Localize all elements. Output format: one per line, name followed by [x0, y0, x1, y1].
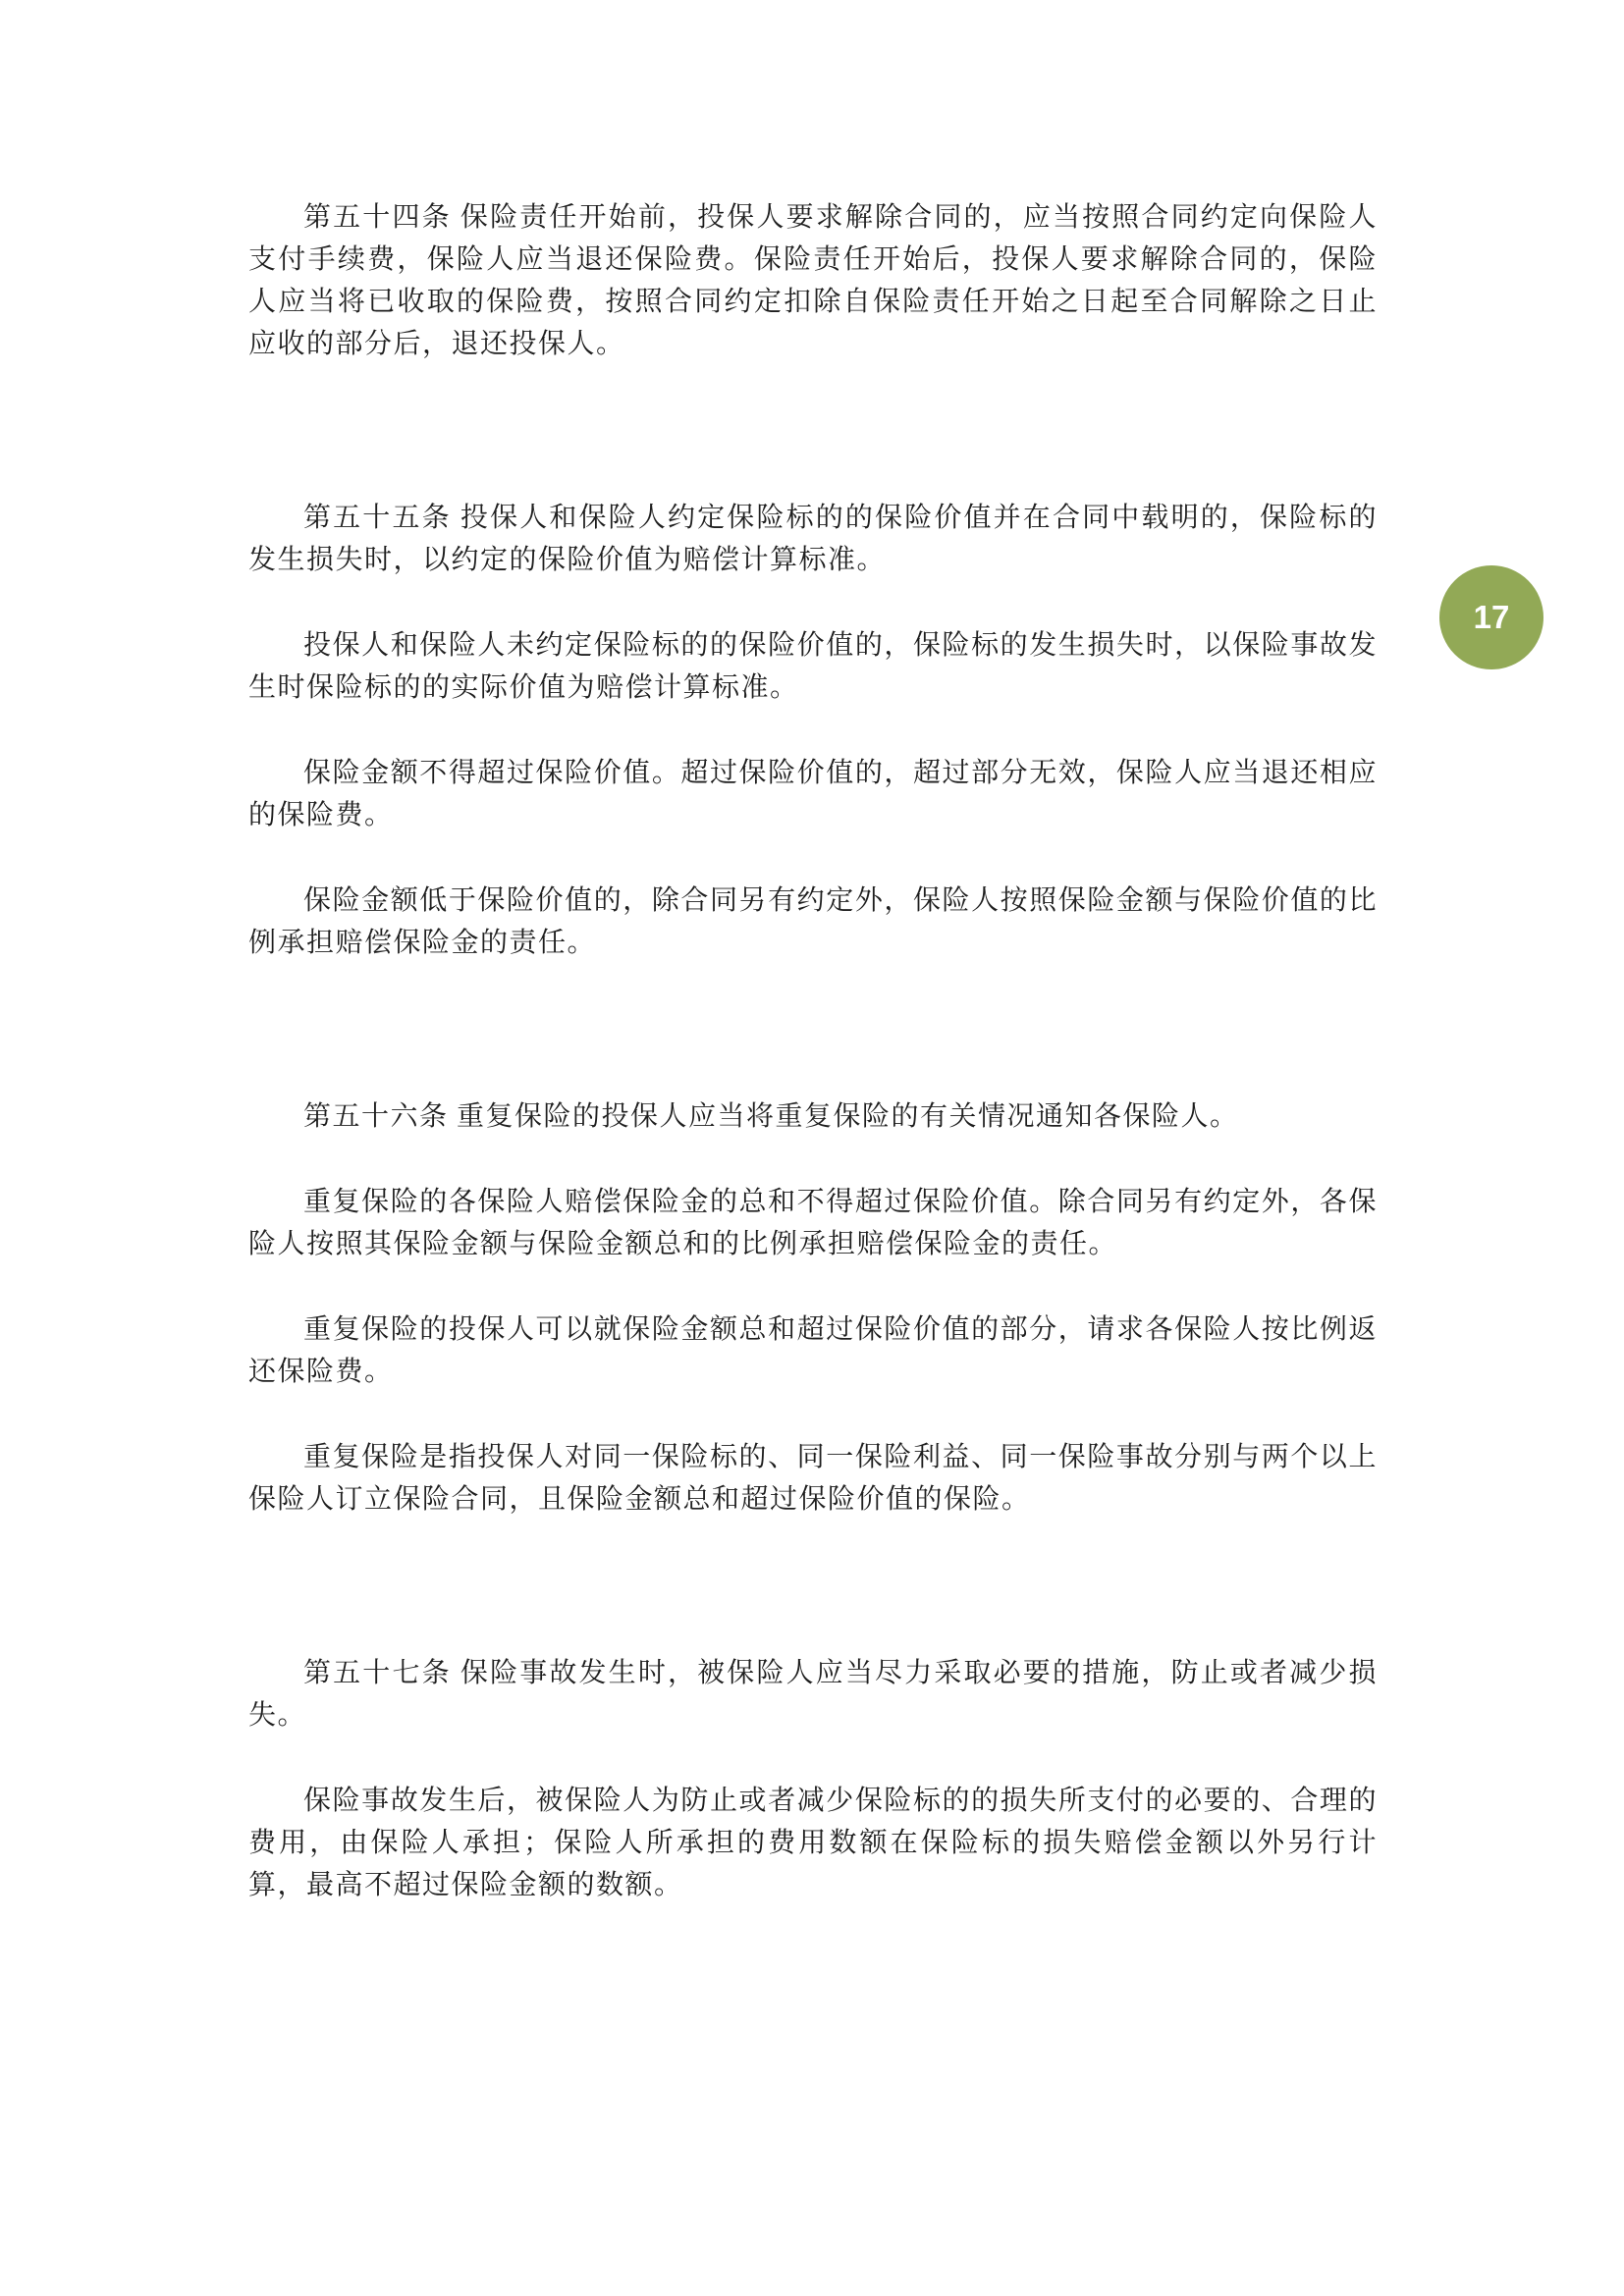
paragraph-article-55-2: 投保人和保险人未约定保险标的的保险价值的，保险标的发生损失时，以保险事故发生时保… [248, 624, 1378, 709]
paragraph-article-55-3: 保险金额不得超过保险价值。超过保险价值的，超过部分无效，保险人应当退还相应的保险… [248, 752, 1378, 836]
paragraph-article-57-2: 保险事故发生后，被保险人为防止或者减少保险标的的损失所支付的必要的、合理的费用，… [248, 1780, 1378, 1906]
paragraph-article-56-4: 重复保险是指投保人对同一保险标的、同一保险利益、同一保险事故分别与两个以上保险人… [248, 1436, 1378, 1521]
document-page: 第五十四条 保险责任开始前，投保人要求解除合同的，应当按照合同约定向保险人支付手… [0, 0, 1624, 2296]
paragraph-article-55-4: 保险金额低于保险价值的，除合同另有约定外，保险人按照保险金额与保险价值的比例承担… [248, 880, 1378, 964]
page-number-badge: 17 [1439, 565, 1543, 669]
paragraph-article-56-1: 第五十六条 重复保险的投保人应当将重复保险的有关情况通知各保险人。 [248, 1095, 1378, 1138]
document-body: 第五十四条 保险责任开始前，投保人要求解除合同的，应当按照合同约定向保险人支付手… [248, 0, 1378, 1949]
paragraph-article-55-1: 第五十五条 投保人和保险人约定保险标的的保险价值并在合同中载明的，保险标的发生损… [248, 497, 1378, 581]
paragraph-article-57-1: 第五十七条 保险事故发生时，被保险人应当尽力采取必要的措施，防止或者减少损失。 [248, 1652, 1378, 1736]
paragraph-article-56-3: 重复保险的投保人可以就保险金额总和超过保险价值的部分，请求各保险人按比例返还保险… [248, 1308, 1378, 1393]
paragraph-article-56-2: 重复保险的各保险人赔偿保险金的总和不得超过保险价值。除合同另有约定外，各保险人按… [248, 1181, 1378, 1265]
paragraph-article-54: 第五十四条 保险责任开始前，投保人要求解除合同的，应当按照合同约定向保险人支付手… [248, 196, 1378, 365]
